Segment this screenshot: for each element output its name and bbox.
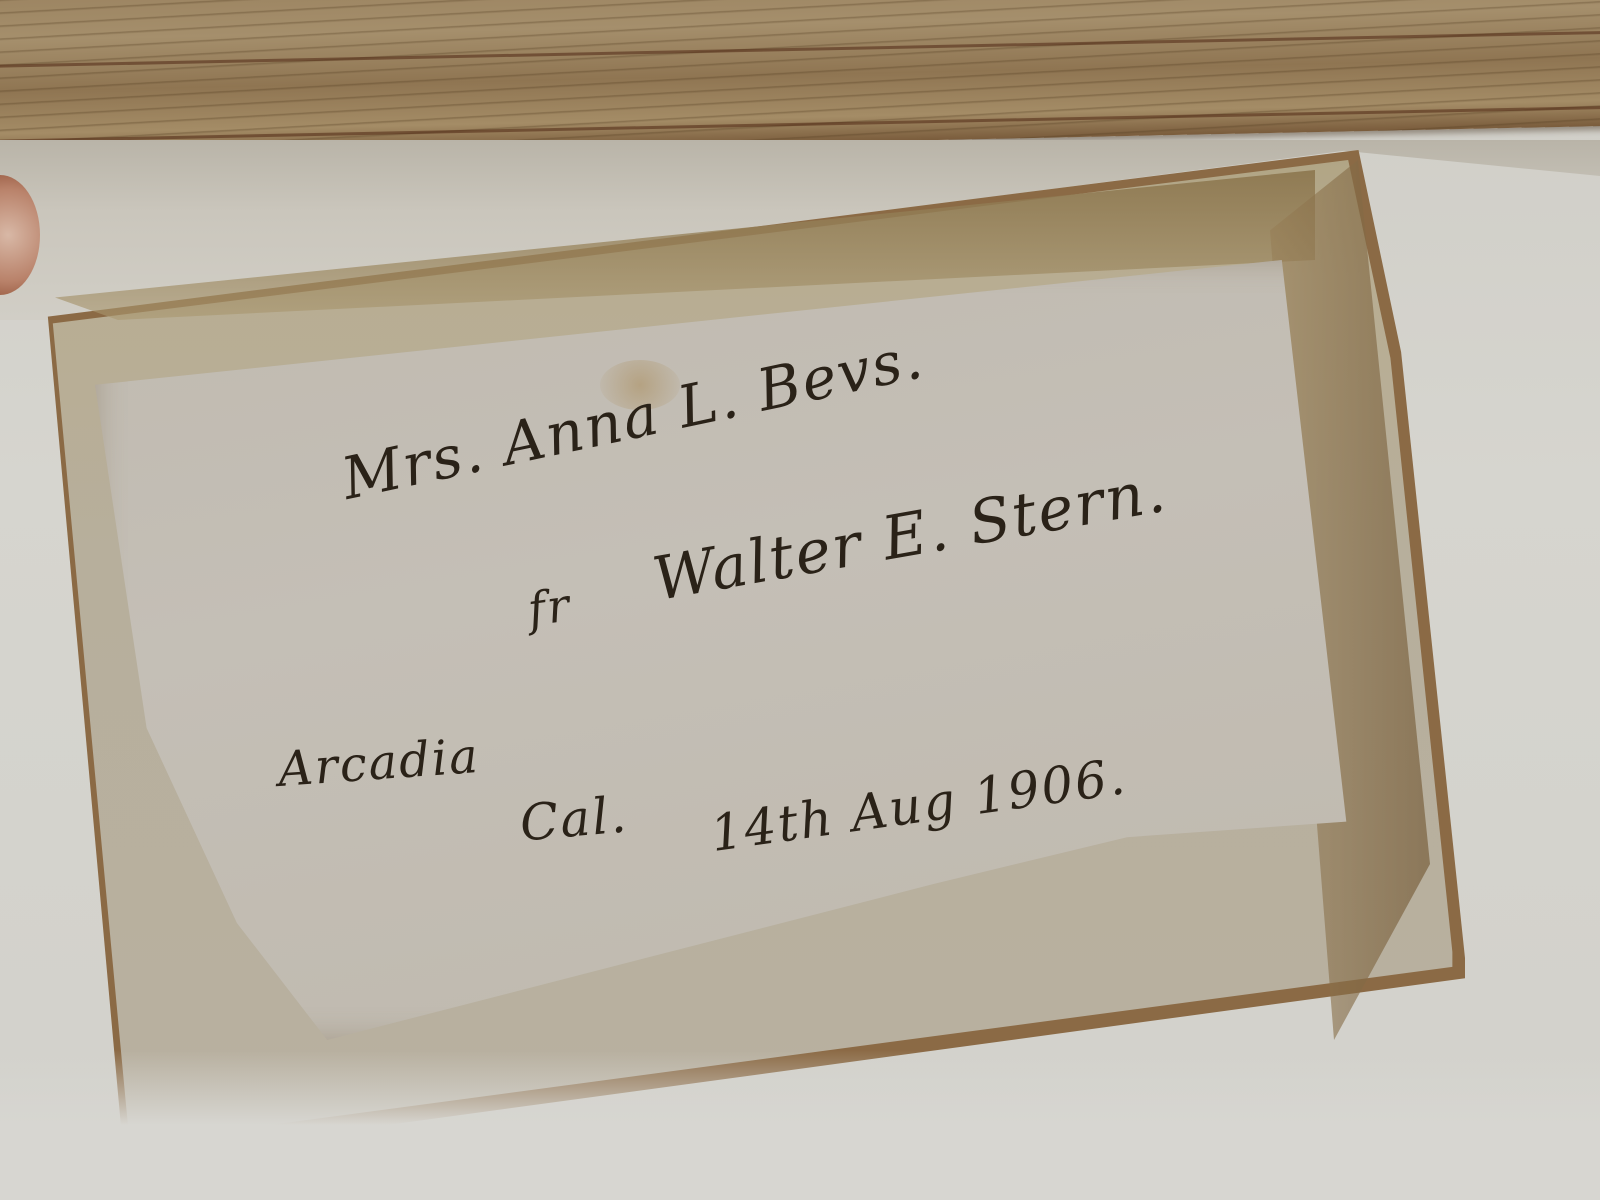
book-photo: Mrs. Anna L. Bevs. fr Walter E. Stern. A… [0,0,1600,1200]
inscription-state: Cal. [518,785,631,852]
page-edge-line [0,30,1600,68]
inscription-from-prefix: fr [524,577,574,636]
page-edge-line [0,105,1600,143]
table-surface [0,1050,1600,1200]
book-page-edges [0,0,1600,160]
